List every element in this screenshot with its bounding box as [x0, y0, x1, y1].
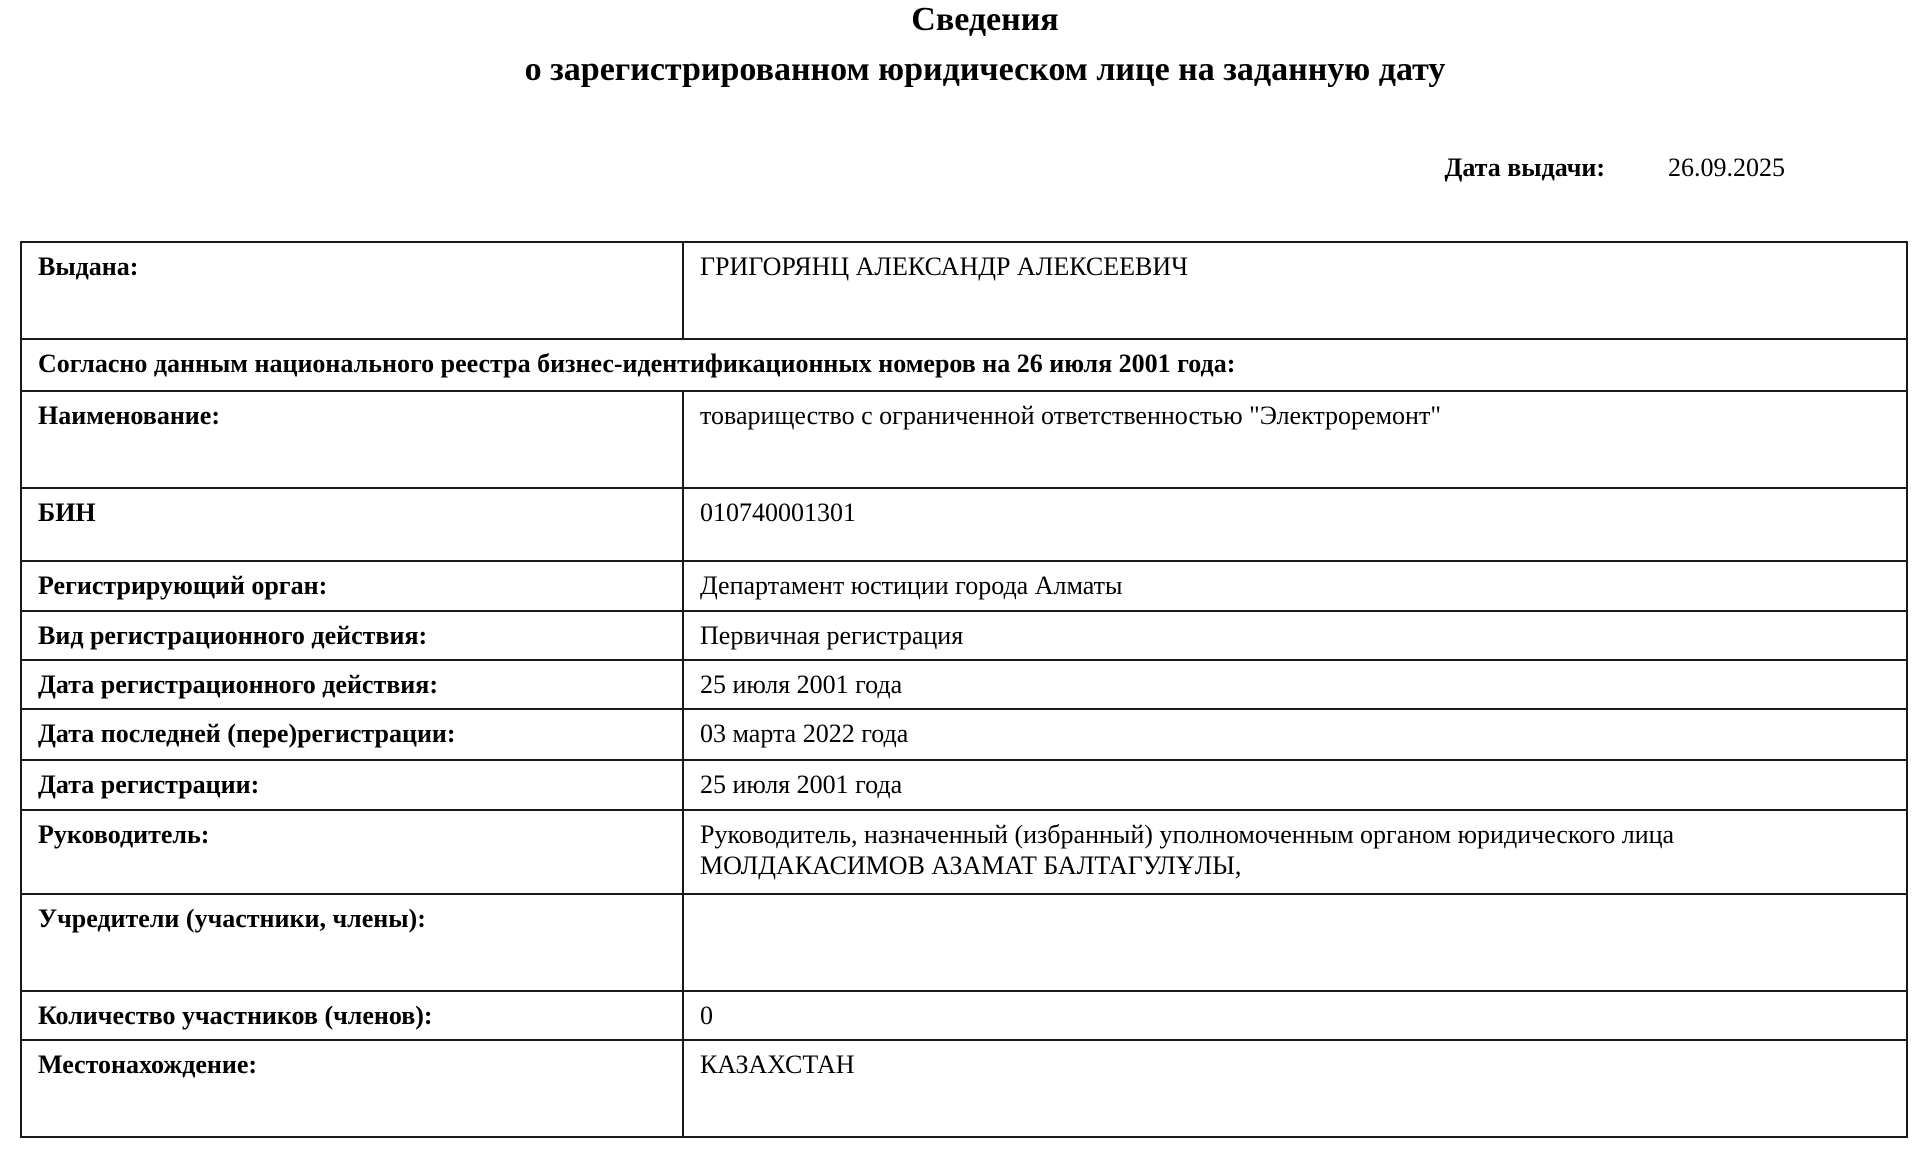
- row-value-member-count: 0: [683, 991, 1907, 1040]
- row-label-member-count: Количество участников (членов):: [21, 991, 683, 1040]
- table-row: БИН 010740001301: [21, 488, 1907, 561]
- row-value-director: Руководитель, назначенный (избранный) уп…: [683, 810, 1907, 894]
- row-label-registration-date: Дата регистрации:: [21, 760, 683, 810]
- table-row-issued-to: Выдана: ГРИГОРЯНЦ АЛЕКСАНДР АЛЕКСЕЕВИЧ: [21, 242, 1907, 339]
- table-row: Дата регистрационного действия: 25 июля …: [21, 660, 1907, 709]
- table-row: Наименование: товарищество с ограниченно…: [21, 391, 1907, 488]
- director-role: Руководитель, назначенный (избранный) уп…: [700, 819, 1890, 850]
- row-value-location: КАЗАХСТАН: [683, 1040, 1907, 1137]
- table-row: Учредители (участники, члены):: [21, 894, 1907, 991]
- table-row: Вид регистрационного действия: Первичная…: [21, 611, 1907, 660]
- registration-table: Выдана: ГРИГОРЯНЦ АЛЕКСАНДР АЛЕКСЕЕВИЧ С…: [20, 241, 1908, 1138]
- registry-note: Согласно данным национального реестра би…: [21, 339, 1907, 391]
- table-row: Количество участников (членов): 0: [21, 991, 1907, 1040]
- issued-to-value: ГРИГОРЯНЦ АЛЕКСАНДР АЛЕКСЕЕВИЧ: [683, 242, 1907, 339]
- row-value-founders: [683, 894, 1907, 991]
- table-row: Регистрирующий орган: Департамент юстици…: [21, 561, 1907, 611]
- table-row: Местонахождение: КАЗАХСТАН: [21, 1040, 1907, 1137]
- row-label-registering-authority: Регистрирующий орган:: [21, 561, 683, 611]
- issue-date-value: 26.09.2025: [1668, 152, 1785, 184]
- issue-date-label: Дата выдачи:: [1444, 152, 1605, 184]
- row-label-founders: Учредители (участники, члены):: [21, 894, 683, 991]
- row-value-bin: 010740001301: [683, 488, 1907, 561]
- row-label-bin: БИН: [21, 488, 683, 561]
- table-row: Руководитель: Руководитель, назначенный …: [21, 810, 1907, 894]
- row-value-name: товарищество с ограниченной ответственно…: [683, 391, 1907, 488]
- table-row: Дата последней (пере)регистрации: 03 мар…: [21, 709, 1907, 760]
- row-label-action-type: Вид регистрационного действия:: [21, 611, 683, 660]
- row-value-registration-date: 25 июля 2001 года: [683, 760, 1907, 810]
- row-label-location: Местонахождение:: [21, 1040, 683, 1137]
- document-title: Сведения: [0, 0, 1920, 40]
- row-label-last-reregistration: Дата последней (пере)регистрации:: [21, 709, 683, 760]
- row-label-action-date: Дата регистрационного действия:: [21, 660, 683, 709]
- row-value-last-reregistration: 03 марта 2022 года: [683, 709, 1907, 760]
- issued-to-label: Выдана:: [21, 242, 683, 339]
- director-name: МОЛДАКАСИМОВ АЗАМАТ БАЛТАГУЛҰЛЫ,: [700, 850, 1890, 881]
- row-value-action-date: 25 июля 2001 года: [683, 660, 1907, 709]
- row-value-registering-authority: Департамент юстиции города Алматы: [683, 561, 1907, 611]
- document-subtitle: о зарегистрированном юридическом лице на…: [0, 50, 1920, 90]
- row-label-name: Наименование:: [21, 391, 683, 488]
- row-value-action-type: Первичная регистрация: [683, 611, 1907, 660]
- table-row-registry-note: Согласно данным национального реестра би…: [21, 339, 1907, 391]
- issue-date-line: Дата выдачи: 26.09.2025: [1400, 152, 1820, 184]
- table-row: Дата регистрации: 25 июля 2001 года: [21, 760, 1907, 810]
- row-label-director: Руководитель:: [21, 810, 683, 894]
